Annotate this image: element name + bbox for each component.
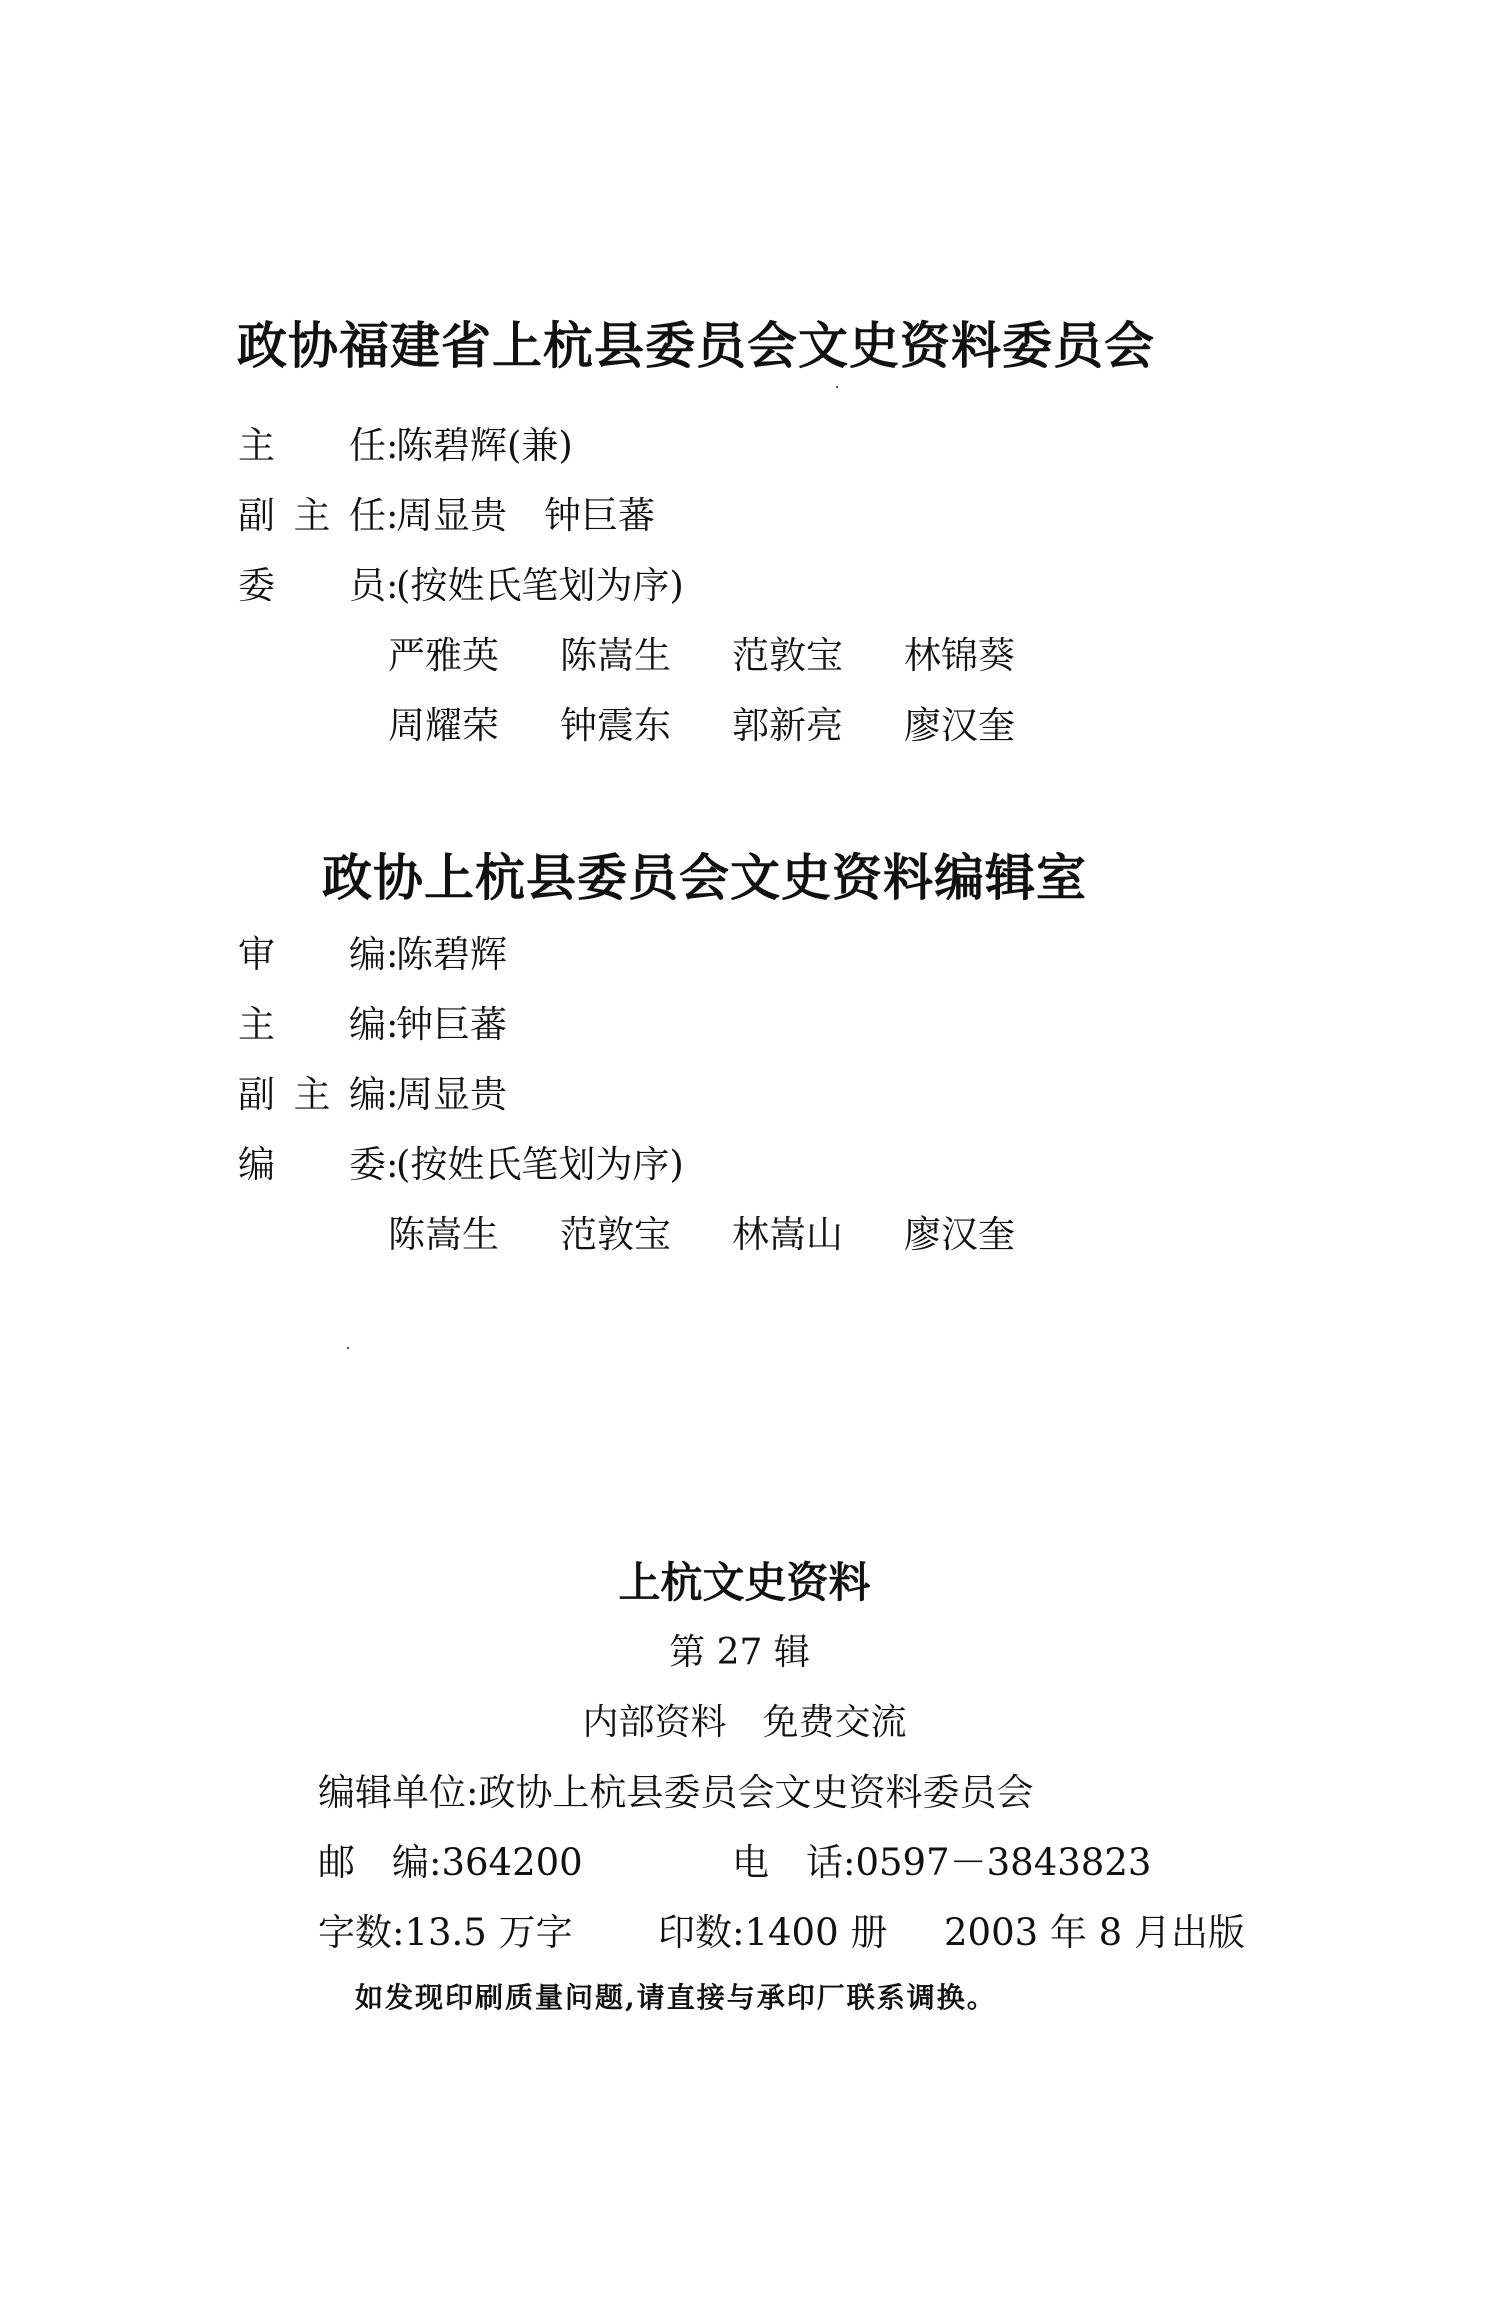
colon: :: [386, 423, 396, 469]
member-name: 廖汉奎: [904, 703, 1076, 749]
colon: :: [386, 932, 396, 978]
postcode-line: 邮 编:364200: [318, 1840, 583, 1886]
member-name: 周耀荣: [388, 703, 560, 749]
reviewer-label: 审编: [238, 932, 386, 978]
print-run: 印数:1400 册: [658, 1910, 887, 1956]
deputy-editor-value: 周显贵: [396, 1072, 507, 1118]
member-name: 钟震东: [560, 703, 732, 749]
board-member-name: 陈嵩生: [388, 1212, 560, 1258]
committee-title: 政协福建省上杭县委员会文史资料委员会: [237, 316, 1155, 376]
word-count: 字数:13.5 万字: [318, 1910, 573, 1956]
distribution-note: 内部资料 免费交流: [0, 1700, 1489, 1746]
chair-row: 主任 : 陈碧辉(兼): [238, 423, 573, 469]
chair-value: 陈碧辉(兼): [396, 423, 573, 469]
board-member-name: 廖汉奎: [904, 1212, 1076, 1258]
deputy-editor-label: 副主编: [238, 1072, 386, 1118]
vice-chair-value: 周显贵 钟巨蕃: [396, 493, 655, 539]
colon: :: [386, 1072, 396, 1118]
chief-editor-label: 主编: [238, 1002, 386, 1048]
chief-editor-value: 钟巨蕃: [396, 1002, 507, 1048]
chair-label: 主任: [238, 423, 386, 469]
members-names-row-1: 严雅英 陈嵩生 范敦宝 林锦葵: [388, 633, 1076, 679]
postcode-label: 邮 编:: [318, 1841, 441, 1884]
reviewer-value: 陈碧辉: [396, 932, 507, 978]
members-row: 委员 : (按姓氏笔划为序): [238, 563, 684, 609]
member-name: 林锦葵: [904, 633, 1076, 679]
print-quality-notice: 如发现印刷质量问题,请直接与承印厂联系调换。: [355, 1980, 997, 2016]
board-member-name: 林嵩山: [732, 1212, 904, 1258]
board-label: 编委: [238, 1142, 386, 1188]
publish-date: 2003 年 8 月出版: [944, 1910, 1245, 1956]
board-member-name: 范敦宝: [560, 1212, 732, 1258]
scan-speck: [347, 1347, 349, 1349]
phone-value: 0597－3843823: [855, 1841, 1151, 1884]
member-name: 严雅英: [388, 633, 560, 679]
phone-line: 电 话:0597－3843823: [732, 1840, 1151, 1886]
board-note: (按姓氏笔划为序): [396, 1142, 684, 1188]
member-name: 陈嵩生: [560, 633, 732, 679]
member-name: 范敦宝: [732, 633, 904, 679]
board-names-row: 陈嵩生 范敦宝 林嵩山 廖汉奎: [388, 1212, 1076, 1258]
deputy-editor-row: 副主编 : 周显贵: [238, 1072, 507, 1118]
board-row: 编委 : (按姓氏笔划为序): [238, 1142, 684, 1188]
colon: :: [386, 493, 396, 539]
members-names-row-2: 周耀荣 钟震东 郭新亮 廖汉奎: [388, 703, 1076, 749]
reviewer-row: 审编 : 陈碧辉: [238, 932, 507, 978]
colon: :: [386, 563, 396, 609]
colon: :: [386, 1142, 396, 1188]
vice-chair-row: 副主任 : 周显贵 钟巨蕃: [238, 493, 655, 539]
scan-speck: [836, 386, 838, 388]
editorial-office-title: 政协上杭县委员会文史资料编辑室: [322, 848, 1087, 908]
vice-chair-label: 副主任: [238, 493, 386, 539]
postcode-value: 364200: [441, 1841, 582, 1884]
colon: :: [386, 1002, 396, 1048]
phone-label: 电 话:: [732, 1841, 855, 1884]
members-note: (按姓氏笔划为序): [396, 563, 684, 609]
chief-editor-row: 主编 : 钟巨蕃: [238, 1002, 507, 1048]
member-name: 郭新亮: [732, 703, 904, 749]
editing-unit: 编辑单位:政协上杭县委员会文史资料委员会: [318, 1770, 1033, 1816]
issue-number: 第 27 辑: [0, 1630, 1489, 1676]
members-label: 委员: [238, 563, 386, 609]
publication-title: 上杭文史资料: [0, 1557, 1489, 1609]
